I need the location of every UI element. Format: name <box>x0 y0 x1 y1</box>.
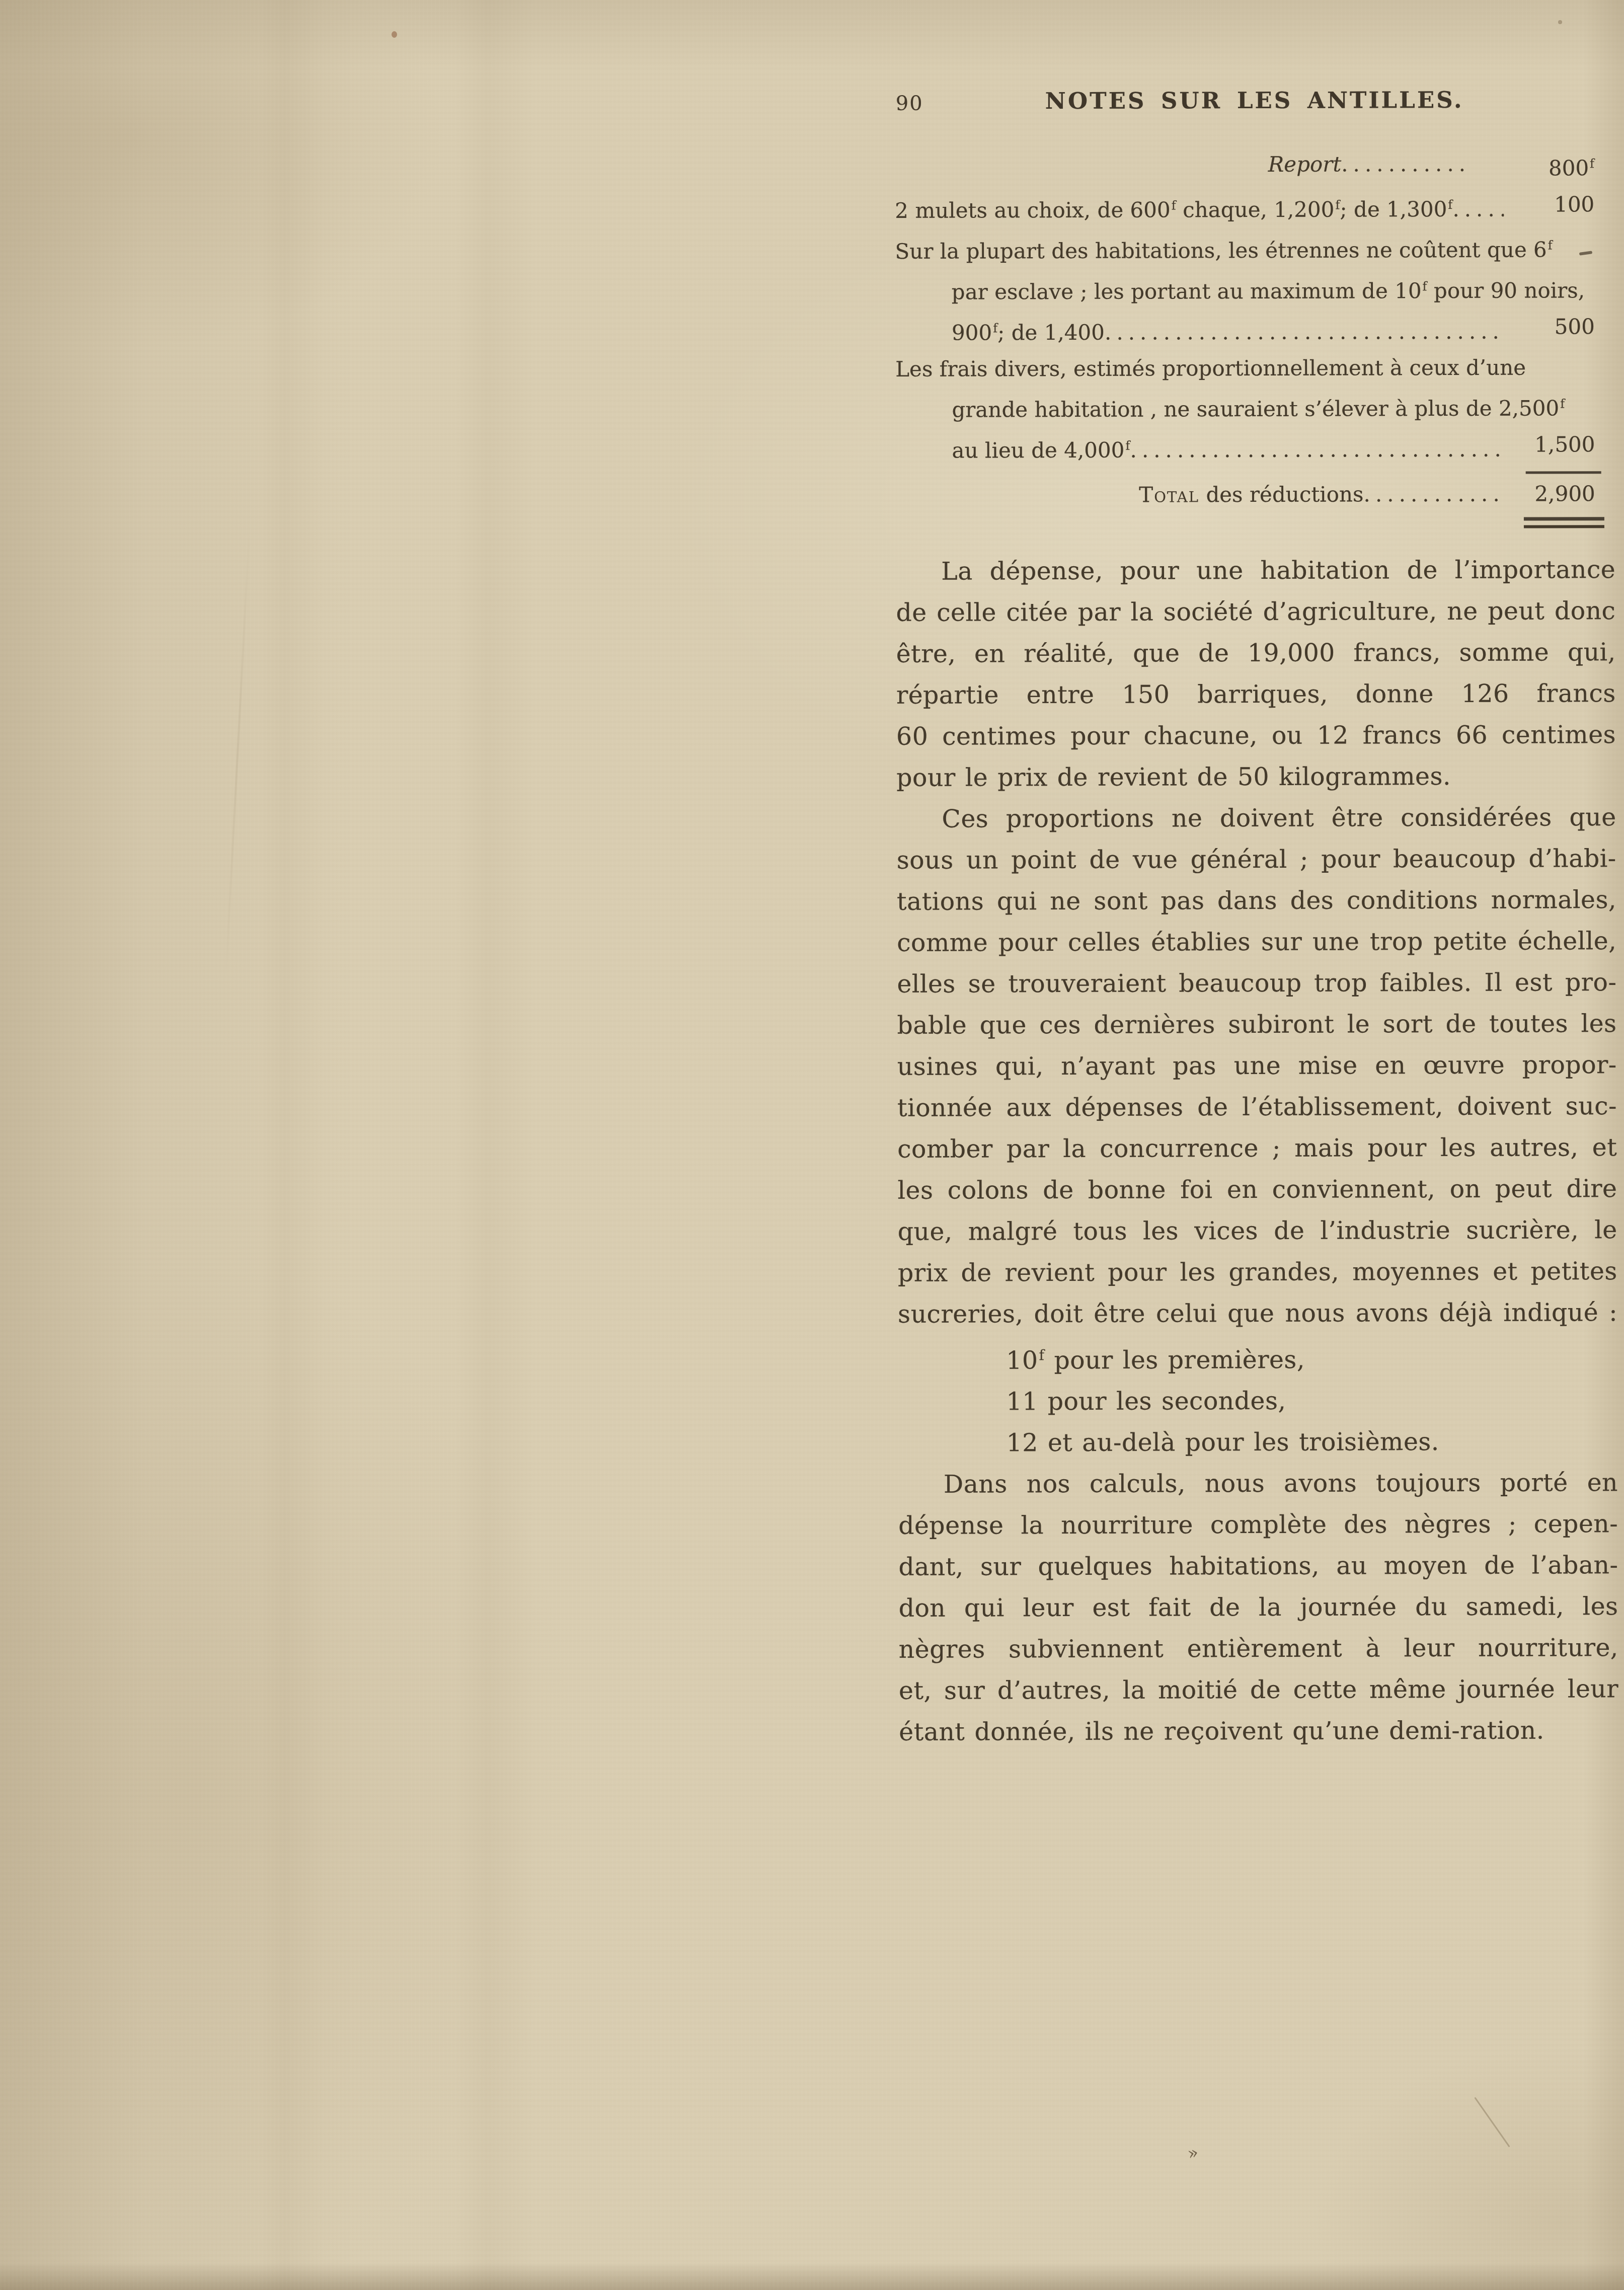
grand-total-rule <box>1524 517 1604 528</box>
ledger-row-label: Report........... <box>895 146 1504 188</box>
text-line: 11 pour les secondes, <box>898 1380 1617 1423</box>
ledger-row-amount: 500 <box>1504 309 1615 350</box>
ledger-row: Sur la plupart des habitations, les étre… <box>895 227 1614 270</box>
ledger-total-row: Total des réductions............ 2,900 <box>896 476 1615 514</box>
text-segment: 2,900 <box>1534 481 1595 506</box>
text-segment: au lieu de 4,000 <box>952 438 1125 463</box>
ledger-row-label: grande habitation , ne sauraient s’éleve… <box>895 386 1615 428</box>
text-line: usines qui, n’ayant pas une mise en œuvr… <box>897 1044 1617 1088</box>
text-segment: f <box>1335 198 1340 212</box>
body-text: La dépense, pour une habitation de l’imp… <box>896 549 1618 1753</box>
text-segment: chaque, 1,200 <box>1176 197 1335 222</box>
text-line: elles se trouveraient beaucoup trop faib… <box>897 962 1616 1005</box>
text-line: sous un point de vue général ; pour beau… <box>897 838 1616 881</box>
ledger-total-amount: 2,900 <box>1505 476 1615 512</box>
ledger-row: 900f; de 1,400..........................… <box>895 309 1615 351</box>
ledger-row: Report........... 800f <box>895 145 1614 188</box>
text-segment: T <box>1139 483 1154 507</box>
text-segment: répartie entre 150 barriques, donne 126 … <box>896 679 1616 710</box>
text-segment: f <box>1039 1347 1044 1363</box>
text-segment: 12 et au-delà pour les troisièmes. <box>1007 1427 1439 1457</box>
ledger-row: 2 mulets au choix, de 600f chaque, 1,200… <box>895 186 1614 229</box>
ledger-row-amount: 800f <box>1504 145 1614 187</box>
text-line: être, en réalité, que de 19,000 francs, … <box>896 632 1616 675</box>
text-line: 10f pour les premières, <box>898 1333 1617 1382</box>
text-line: dépense la nourriture complète des nègre… <box>898 1503 1618 1547</box>
text-segment: f <box>1548 238 1553 252</box>
ledger-row-label: 900f; de 1,400..........................… <box>895 309 1504 351</box>
text-line: tionnée aux dépenses de l’établissement,… <box>897 1086 1617 1129</box>
text-segment: ............ <box>1364 482 1505 507</box>
text-segment: tionnée aux dépenses de l’établissement,… <box>897 1092 1617 1122</box>
text-segment: par esclave ; les portant au maximum de … <box>952 278 1422 304</box>
text-line: La dépense, pour une habitation de l’imp… <box>896 549 1615 592</box>
subtotal-rule <box>1526 471 1601 474</box>
text-segment: bable que ces dernières subiront le sort… <box>897 1009 1616 1040</box>
text-segment: les colons de bonne foi en conviennent, … <box>897 1174 1617 1205</box>
text-segment: dant, sur quelques habitations, au moyen… <box>898 1551 1618 1581</box>
text-line: comme pour celles établies sur une trop … <box>897 921 1616 964</box>
text-line: et, sur d’autres, la moitié de cette mêm… <box>899 1668 1618 1712</box>
text-line: prix de revient pour les grandes, moyenn… <box>898 1251 1617 1294</box>
text-segment: nègres subviennent entièrement à leur no… <box>899 1633 1618 1664</box>
text-segment: usines qui, n’ayant pas une mise en œuvr… <box>897 1050 1617 1081</box>
text-line: 60 centimes pour chacune, ou 12 francs 6… <box>896 714 1616 757</box>
text-segment: La dépense, pour une habitation de l’imp… <box>941 555 1615 586</box>
text-segment: ; de 1,300 <box>1340 197 1447 222</box>
text-segment: ..... <box>1452 197 1504 221</box>
stray-ink-mark: » <box>1186 2142 1200 2164</box>
ledger-row: au lieu de 4,000f.......................… <box>895 426 1615 469</box>
page-header: 90 NOTES SUR LES ANTILLES. <box>895 82 1614 127</box>
text-segment: ........................................… <box>1130 436 1504 463</box>
ledger-row-amount: 1,500 <box>1504 426 1615 468</box>
text-segment: être, en réalité, que de 19,000 francs, … <box>896 638 1616 668</box>
text-segment: que, malgré tous les vices de l’industri… <box>898 1215 1617 1246</box>
text-line: répartie entre 150 barriques, donne 126 … <box>896 673 1616 716</box>
text-segment: f <box>1448 197 1452 212</box>
text-segment: Sur la plupart des habitations, les étre… <box>895 237 1546 263</box>
text-segment: 100 <box>1554 192 1594 216</box>
text-segment: de celle citée par la société d’agricult… <box>896 596 1615 627</box>
running-title: NOTES SUR LES ANTILLES. <box>895 82 1614 115</box>
ledger-total-label: Total des réductions............ <box>896 476 1505 514</box>
text-segment: ; de 1,400 <box>997 320 1105 345</box>
ledger-entries: Report........... 800f 2 mulets au choix… <box>895 145 1615 469</box>
text-segment: sucreries, doit être celui que nous avon… <box>898 1298 1617 1329</box>
text-segment: 10 <box>1006 1346 1038 1375</box>
text-segment: f <box>993 321 997 335</box>
text-segment: pour 90 noirs, <box>1427 278 1585 303</box>
text-segment: et, sur d’autres, la moitié de cette mêm… <box>899 1674 1618 1705</box>
ledger-row: par esclave ; les portant au maximum de … <box>895 268 1615 311</box>
text-segment: 1,500 <box>1534 432 1595 456</box>
text-line: Dans nos calculs, nous avons toujours po… <box>898 1462 1618 1505</box>
text-segment: f <box>1560 396 1565 411</box>
text-segment: don qui leur est fait de la journée du s… <box>899 1592 1618 1623</box>
text-segment: Les frais divers, estimés proportionnell… <box>895 355 1526 381</box>
expense-ledger: Report........... 800f 2 mulets au choix… <box>895 145 1615 530</box>
text-segment: prix de revient pour les grandes, moyenn… <box>898 1257 1617 1287</box>
ledger-row-label: au lieu de 4,000f.......................… <box>895 427 1504 469</box>
corner-crease <box>1474 2097 1510 2147</box>
text-line: sucreries, doit être celui que nous avon… <box>898 1292 1617 1335</box>
text-segment: 2 mulets au choix, de 600 <box>895 197 1171 222</box>
text-segment: f <box>1125 438 1130 453</box>
text-segment: comme pour celles établies sur une trop … <box>897 927 1616 957</box>
text-segment: 60 centimes pour chacune, ou 12 francs 6… <box>896 720 1616 751</box>
text-line: les colons de bonne foi en conviennent, … <box>897 1168 1617 1211</box>
text-line: pour le prix de revient de 50 kilogramme… <box>896 755 1616 799</box>
text-segment: pour le prix de revient de 50 kilogramme… <box>896 762 1451 792</box>
text-line: de celle citée par la société d’agricult… <box>896 590 1615 634</box>
text-segment: otal <box>1154 482 1199 507</box>
page-number: 90 <box>896 92 923 115</box>
text-segment: Report <box>1268 152 1342 177</box>
ledger-row: grande habitation , ne sauraient s’éleve… <box>895 386 1615 428</box>
text-segment: dépense la nourriture complète des nègre… <box>898 1509 1618 1540</box>
text-line: comber par la concurrence ; mais pour le… <box>897 1127 1617 1170</box>
text-segment: étant donnée, ils ne reçoivent qu’une de… <box>899 1716 1544 1746</box>
text-segment: 800 <box>1549 156 1589 180</box>
ledger-row-label: Sur la plupart des habitations, les étre… <box>895 227 1614 270</box>
text-line: tations qui ne sont pas dans des conditi… <box>897 879 1616 923</box>
ledger-row-label: 2 mulets au choix, de 600f chaque, 1,200… <box>895 187 1504 229</box>
text-segment: elles se trouveraient beaucoup trop faib… <box>897 968 1616 999</box>
text-segment: tations qui ne sont pas dans des conditi… <box>897 885 1616 916</box>
text-segment: pour les premières, <box>1044 1345 1305 1375</box>
text-segment: Dans nos calculs, nous avons toujours po… <box>944 1468 1618 1499</box>
text-segment: grande habitation , ne sauraient s’éleve… <box>952 396 1559 422</box>
ledger-total: Total des réductions............ 2,900 <box>896 476 1615 514</box>
paper-crease <box>224 529 250 981</box>
text-line: 12 et au-delà pour les troisièmes. <box>898 1421 1618 1464</box>
scanned-book-page: 90 NOTES SUR LES ANTILLES. Report.......… <box>0 0 1624 2290</box>
text-segment: 11 pour les secondes, <box>1006 1387 1286 1416</box>
text-segment: ........................................… <box>1105 319 1504 345</box>
ledger-row-label: par esclave ; les portant au maximum de … <box>895 268 1615 311</box>
text-line: étant donnée, ils ne reçoivent qu’une de… <box>899 1710 1618 1753</box>
text-column: 90 NOTES SUR LES ANTILLES. Report.......… <box>895 82 1619 1753</box>
text-segment: ........... <box>1341 151 1471 177</box>
ledger-row-amount: 100 <box>1504 186 1614 227</box>
paper-speck <box>392 31 397 38</box>
text-line: bable que ces dernières subiront le sort… <box>897 1003 1616 1046</box>
ledger-row-label: Les frais divers, estimés proportionnell… <box>895 349 1615 388</box>
text-segment: f <box>1590 156 1594 171</box>
text-segment: sous un point de vue général ; pour beau… <box>897 844 1616 875</box>
text-line: don qui leur est fait de la journée du s… <box>898 1586 1618 1629</box>
text-line: Ces proportions ne doivent être considér… <box>896 797 1616 840</box>
paper-speck <box>1558 20 1562 24</box>
text-segment: f <box>1423 279 1427 293</box>
text-segment: Ces proportions ne doivent être considér… <box>942 803 1616 833</box>
text-segment: 500 <box>1555 314 1595 339</box>
text-segment: 900 <box>952 320 992 345</box>
text-line: que, malgré tous les vices de l’industri… <box>898 1209 1617 1253</box>
text-segment: comber par la concurrence ; mais pour le… <box>897 1133 1617 1164</box>
text-line: dant, sur quelques habitations, au moyen… <box>898 1545 1618 1588</box>
text-line: nègres subviennent entièrement à leur no… <box>899 1627 1618 1670</box>
ledger-row: Les frais divers, estimés proportionnell… <box>895 349 1615 388</box>
text-segment: des réductions <box>1199 482 1364 507</box>
